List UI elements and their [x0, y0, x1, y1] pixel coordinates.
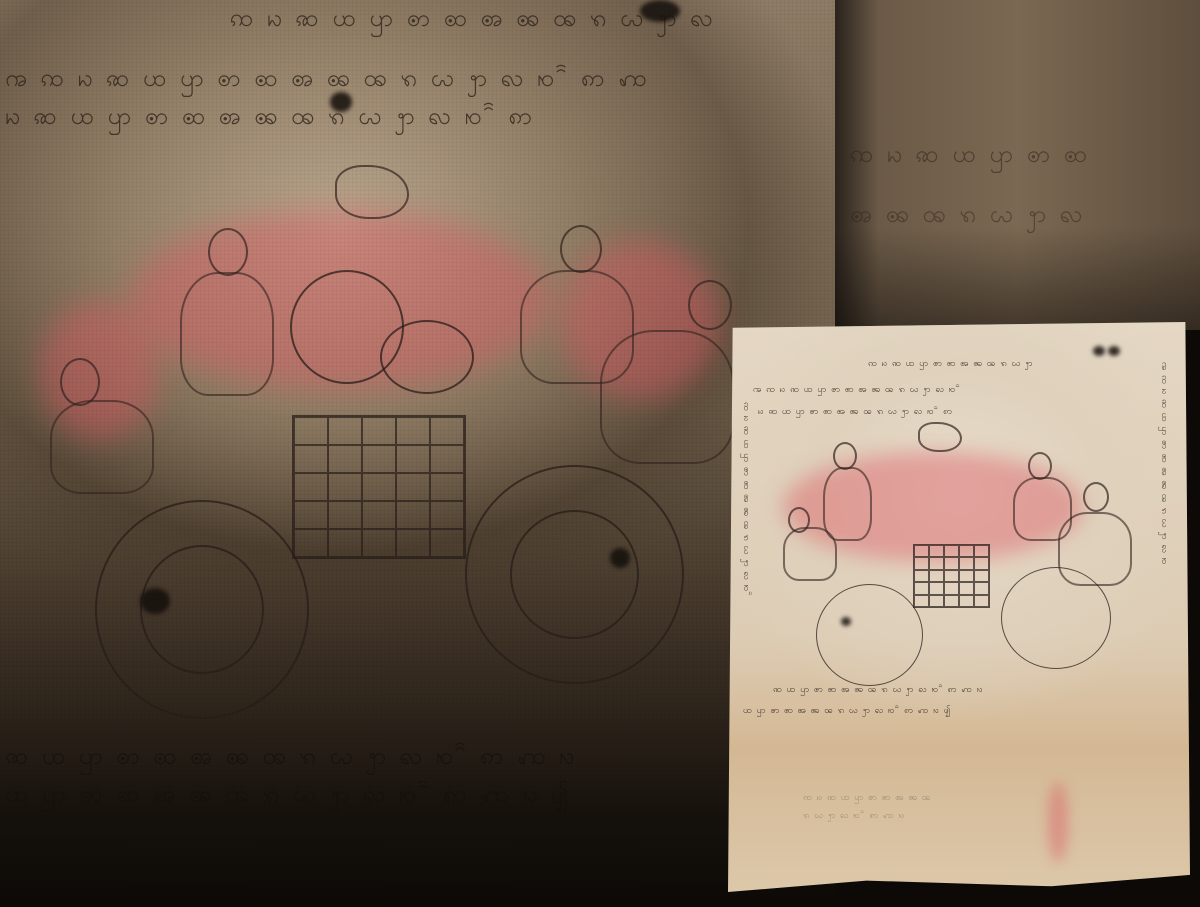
- figure-head: [833, 442, 857, 470]
- inset-side-script-left: ꩡ ꩢ ꩣ ꩤ ꩥ ꩦ ꩧ ꩨ ꩩ ꩪ ꩫ ꩬ ꩭ ꩮ ꩯ ꩰ: [740, 402, 753, 732]
- bull-head: [918, 422, 962, 452]
- pink-stain: [40, 300, 160, 440]
- seated-figure: [50, 400, 154, 494]
- pink-stain: [560, 240, 720, 400]
- yantra-circle-right: [465, 465, 684, 684]
- magic-square-grid: [913, 544, 990, 608]
- yantra-circle-right: [1001, 567, 1111, 669]
- figure-head: [208, 228, 248, 276]
- serpent-coil: [290, 270, 404, 384]
- script-line: ꩣ ꩤ ꩥ ꩦ ꩧ ꩨ ꩩ ꩪ ꩫ ꩬ ꩭ ꩮ ꩯ ꩰ ꩱ ꩲ ꩳ: [5, 740, 577, 776]
- manuscript-inset-photo: ꩡ ꩢ ꩣ ꩤ ꩥ ꩦ ꩧ ꩨ ꩩ ꩪ ꩫ ꩬ ꩭ ꩠ ꩡ ꩢ ꩣ ꩤ ꩥ ꩦ …: [728, 322, 1190, 892]
- script-line: ꩠ ꩡ ꩢ ꩣ ꩤ ꩥ ꩦ ꩧ ꩨ ꩩ ꩪ ꩫ ꩬ ꩭ ꩮ ꩯ ꩰ ꩱ ꩲ: [5, 62, 650, 98]
- seated-figure: [783, 527, 837, 581]
- ink-blot: [640, 0, 680, 22]
- script-line: ꩡ ꩢ ꩣ ꩤ ꩥ ꩦ ꩧ ꩨ ꩩ ꩪ ꩫ ꩬ ꩭ ꩮ: [230, 2, 716, 38]
- ink-blot: [841, 617, 851, 626]
- seated-figure: [823, 467, 872, 541]
- script-line: ꩢ ꩣ ꩤ ꩥ ꩦ ꩧ ꩨ ꩩ ꩪ ꩫ ꩬ ꩭ ꩮ ꩯ ꩰ ꩱ: [5, 100, 535, 136]
- yantra-circle-left: [816, 584, 923, 686]
- pink-stain: [1048, 782, 1068, 862]
- yantra-inner-circle: [140, 545, 264, 674]
- ink-blot: [610, 548, 630, 568]
- seated-figure: [180, 272, 274, 396]
- magic-square-grid: [292, 415, 466, 559]
- ink-blot: [1093, 346, 1105, 356]
- inset-faded-line: ꩫ ꩬ ꩭ ꩮ ꩯ ꩰ ꩱ ꩲ ꩳ: [803, 810, 905, 823]
- background-cloth-closeup: ꩡ ꩢ ꩣ ꩤ ꩥ ꩦ ꩧ ꩨ ꩩ ꩪ ꩫ ꩬ ꩭ ꩮ ꩠ ꩡ ꩢ ꩣ ꩤ ꩥ …: [0, 0, 850, 907]
- inset-script-line: ꩢ ꩣ ꩤ ꩥ ꩦ ꩧ ꩨ ꩩ ꩪ ꩫ ꩬ ꩭ ꩮ ꩯ ꩰ ꩱ: [758, 406, 953, 419]
- inset-faded-line: ꩡ ꩢ ꩣ ꩤ ꩥ ꩦ ꩧ ꩨ ꩩ ꩪ: [803, 792, 932, 805]
- yantra-circle-left: [95, 500, 309, 719]
- inset-side-script-right: ꩠ ꩡ ꩢ ꩣ ꩤ ꩥ ꩦ ꩧ ꩨ ꩩ ꩪ ꩫ ꩬ ꩭ ꩮ ꩯ: [1158, 362, 1171, 722]
- ink-blot: [1108, 346, 1120, 356]
- seated-figure: [600, 330, 734, 464]
- inset-script-line: ꩠ ꩡ ꩢ ꩣ ꩤ ꩥ ꩦ ꩧ ꩨ ꩩ ꩪ ꩫ ꩬ ꩭ ꩮ ꩯ ꩰ: [753, 384, 961, 397]
- inset-script-line: ꩡ ꩢ ꩣ ꩤ ꩥ ꩦ ꩧ ꩨ ꩩ ꩪ ꩫ ꩬ ꩭ: [868, 358, 1033, 371]
- seated-figure: [520, 270, 634, 384]
- figure-head: [1028, 452, 1052, 480]
- pink-stain: [130, 210, 550, 390]
- yantra-inner-circle: [510, 510, 639, 639]
- inset-script-line: ꩣ ꩤ ꩥ ꩦ ꩧ ꩨ ꩩ ꩪ ꩫ ꩬ ꩭ ꩮ ꩯ ꩰ ꩱ ꩲ ꩳ: [773, 684, 983, 697]
- ink-blot: [330, 92, 352, 112]
- ink-blot: [140, 588, 170, 614]
- script-line: ꩤ ꩥ ꩦ ꩧ ꩨ ꩩ ꩪ ꩫ ꩬ ꩭ ꩮ ꩯ ꩰ ꩱ ꩲ ꩳ ꩴ: [5, 778, 572, 814]
- bull-head: [335, 165, 409, 219]
- serpent-coil: [380, 320, 474, 394]
- figure-head: [560, 225, 602, 273]
- inset-script-line: ꩤ ꩥ ꩦ ꩧ ꩨ ꩩ ꩪ ꩫ ꩬ ꩭ ꩮ ꩯ ꩰ ꩱ ꩲ ꩳ ꩴ: [743, 705, 951, 718]
- figure-head: [1083, 482, 1109, 512]
- figure-head: [60, 358, 100, 406]
- figure-head: [688, 280, 732, 330]
